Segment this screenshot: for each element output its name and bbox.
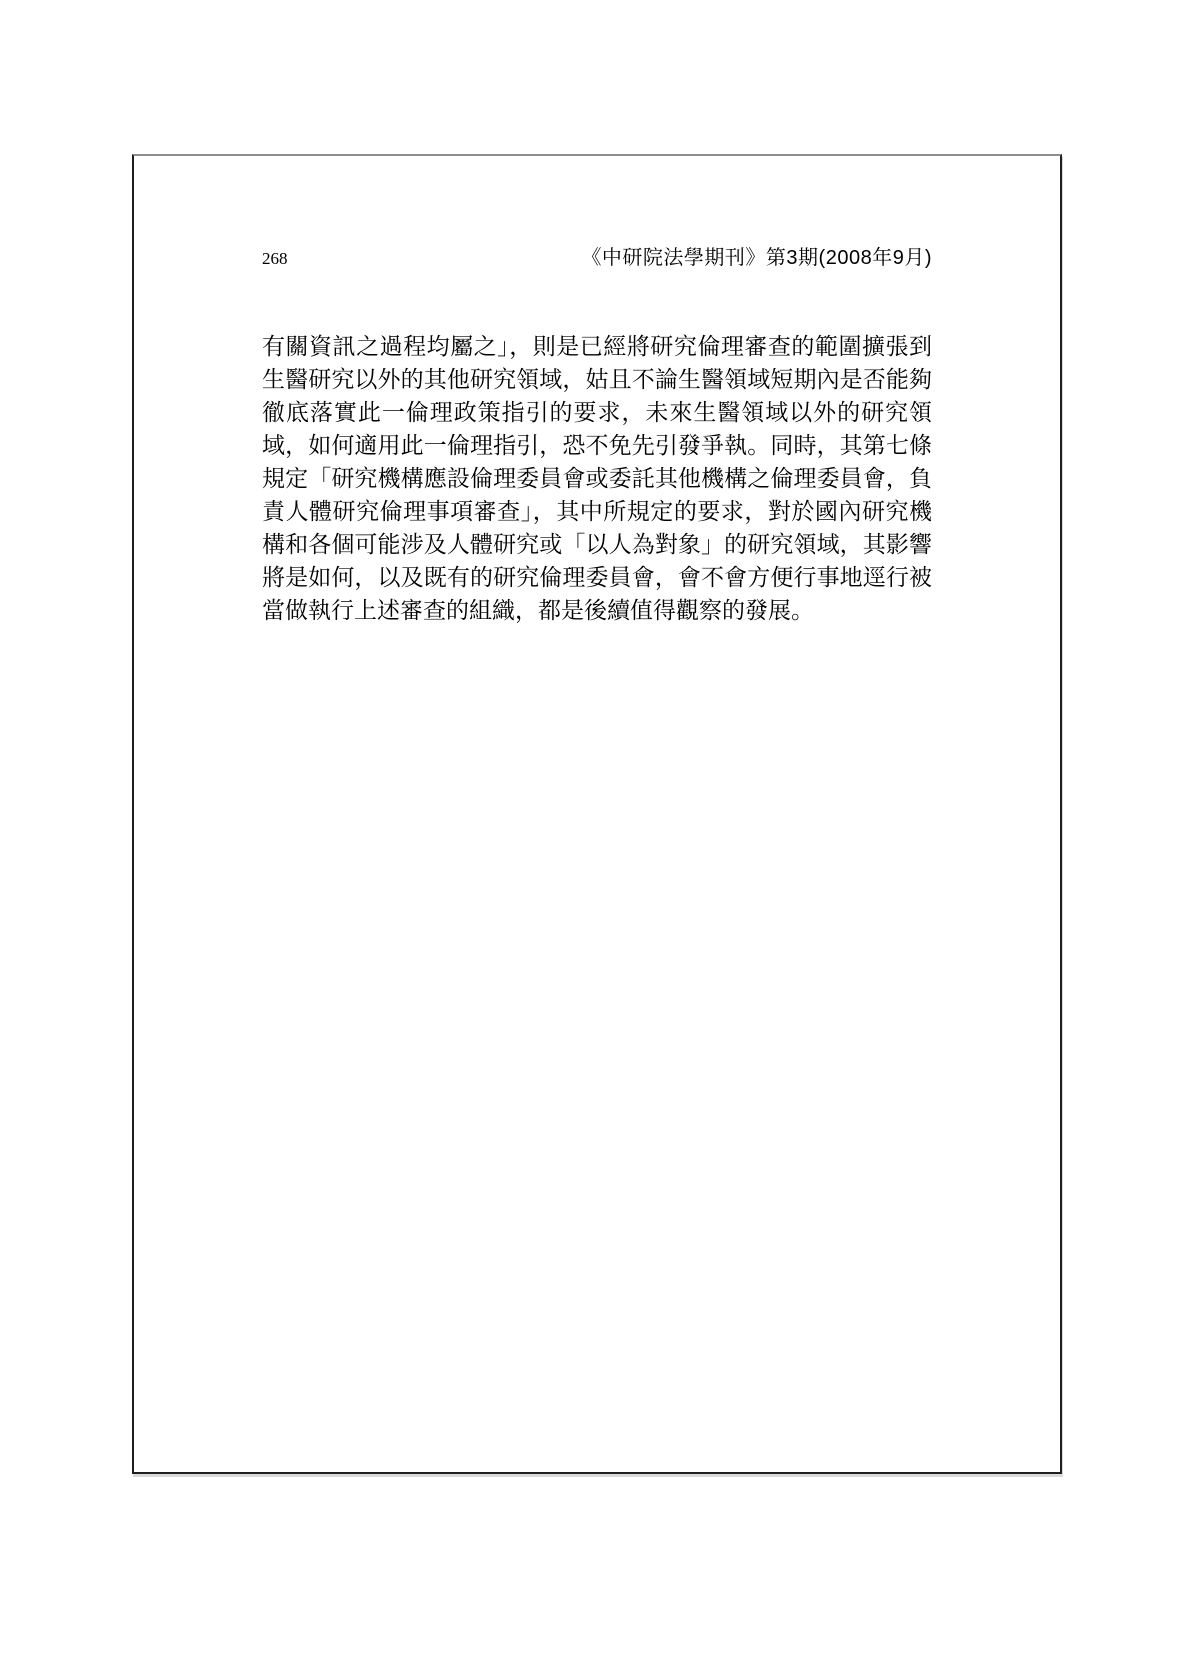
body-paragraph: 有關資訊之過程均屬之」，則是已經將研究倫理審查的範圍擴張到生醫研究以外的其他研究… — [262, 330, 932, 627]
page-border-frame: 268 《中研院法學期刊》第3期(2008年9月) 有關資訊之過程均屬之」，則是… — [132, 154, 1062, 1474]
page-header: 268 《中研院法學期刊》第3期(2008年9月) — [262, 244, 932, 272]
page-content-area: 268 《中研院法學期刊》第3期(2008年9月) 有關資訊之過程均屬之」，則是… — [134, 156, 1060, 1472]
page-number: 268 — [262, 245, 288, 273]
journal-citation: 《中研院法學期刊》第3期(2008年9月) — [581, 244, 932, 272]
